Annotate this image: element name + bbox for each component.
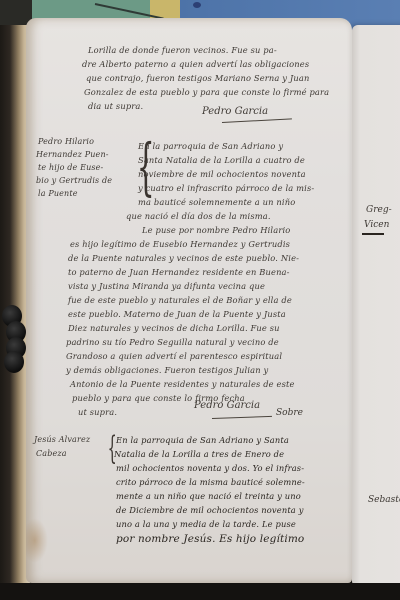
entry-line: y cuatro el infrascrito párroco de la mi…	[138, 184, 314, 192]
margin-name-line: bio y Gertrudis de	[36, 177, 112, 185]
entry-line: de Diciembre de mil ochocientos noventa …	[116, 506, 304, 514]
signature-flourish	[212, 416, 272, 419]
water-stain	[26, 518, 48, 563]
entry-line: En la parroquia de San Adriano y	[138, 142, 283, 150]
entry-line: de la Puente naturales y vecinos de este…	[68, 254, 299, 262]
entry-line: dia ut supra.	[88, 102, 143, 110]
table-shadow	[0, 583, 400, 600]
entry-line: vista y Justina Miranda ya difunta vecin…	[68, 282, 265, 290]
right-page: Greg- Vicen Sebaste	[352, 25, 400, 587]
right-page-fragment: Greg-	[366, 205, 392, 215]
entry-line: y demás obligaciones. Fueron testigos Ju…	[66, 366, 268, 374]
priest-signature: Pedro Garcia	[202, 106, 268, 117]
entry-line: por nombre Jesús. Es hijo legítimo	[116, 534, 304, 545]
entry-line: Natalia de la Lorilla a tres de Enero de	[114, 450, 284, 458]
entry-line: ut supra.	[78, 408, 117, 416]
right-page-underline	[362, 233, 384, 235]
entry-line: Gonzalez de esta pueblo y para que const…	[84, 88, 329, 96]
margin-name-line: Hernandez Puen-	[36, 151, 109, 159]
right-page-fragment: Vicen	[364, 220, 389, 230]
photo-scene: Greg- Vicen Sebaste Lorilla de donde fue…	[0, 0, 400, 600]
entry-line: Grandoso a quien advertí el parentesco e…	[66, 352, 282, 360]
signature-note: Sobre	[276, 408, 303, 418]
right-page-fragment: Sebaste	[368, 495, 400, 505]
signature-flourish	[222, 118, 292, 123]
entry-line: que contrajo, fueron testigos Mariano Se…	[86, 74, 310, 82]
margin-name-line: te hijo de Euse-	[38, 164, 103, 172]
binding-cord	[0, 305, 30, 375]
register-page: Lorilla de donde fueron vecinos. Fue su …	[26, 18, 352, 583]
margin-name-line: Cabeza	[36, 450, 67, 458]
priest-signature: Pedro Garcia	[194, 400, 260, 411]
entry-line: este pueblo. Materno de Juan de la Puent…	[68, 310, 286, 318]
margin-name-line: Jesús Alvarez	[34, 436, 90, 444]
entry-line: Santa Natalia de la Lorilla a cuatro de	[138, 156, 305, 164]
entry-line: es hijo legítimo de Eusebio Hernandez y …	[70, 240, 290, 248]
entry-line: Lorilla de donde fueron vecinos. Fue su …	[88, 46, 277, 54]
entry-line: mente a un niño que nació el treinta y u…	[116, 492, 301, 500]
entry-line: fue de este pueblo y naturales el de Boñ…	[68, 296, 292, 304]
entry-line: dre Alberto paterno a quien advertí las …	[82, 60, 309, 68]
entry-line: En la parroquia de San Adriano y Santa	[116, 436, 289, 444]
entry-line: Diez naturales y vecinos de dicha Lorill…	[68, 324, 280, 332]
entry-line: Antonio de la Puente residentes y natura…	[70, 380, 295, 388]
entry-line: ma bauticé solemnemente a un niño	[138, 198, 295, 206]
fabric-button	[193, 2, 201, 8]
entry-line: que nació el día dos de la misma.	[126, 212, 271, 220]
binding-knot	[4, 351, 24, 373]
entry-line: crito párroco de la misma bauticé solemn…	[116, 478, 305, 486]
entry-line: Le puse por nombre Pedro Hilario	[142, 226, 290, 234]
entry-line: noviembre de mil ochocientos noventa	[138, 170, 306, 178]
entry-line: to paterno de Juan Hernandez residente e…	[68, 268, 290, 276]
entry-line: uno a la una y media de la tarde. Le pus…	[116, 520, 296, 528]
margin-name-line: la Puente	[38, 190, 78, 198]
margin-name-line: Pedro Hilario	[38, 138, 94, 146]
entry-line: padrino su tío Pedro Seguilla natural y …	[66, 338, 279, 346]
entry-line: mil ochocientos noventa y dos. Yo el inf…	[116, 464, 304, 472]
